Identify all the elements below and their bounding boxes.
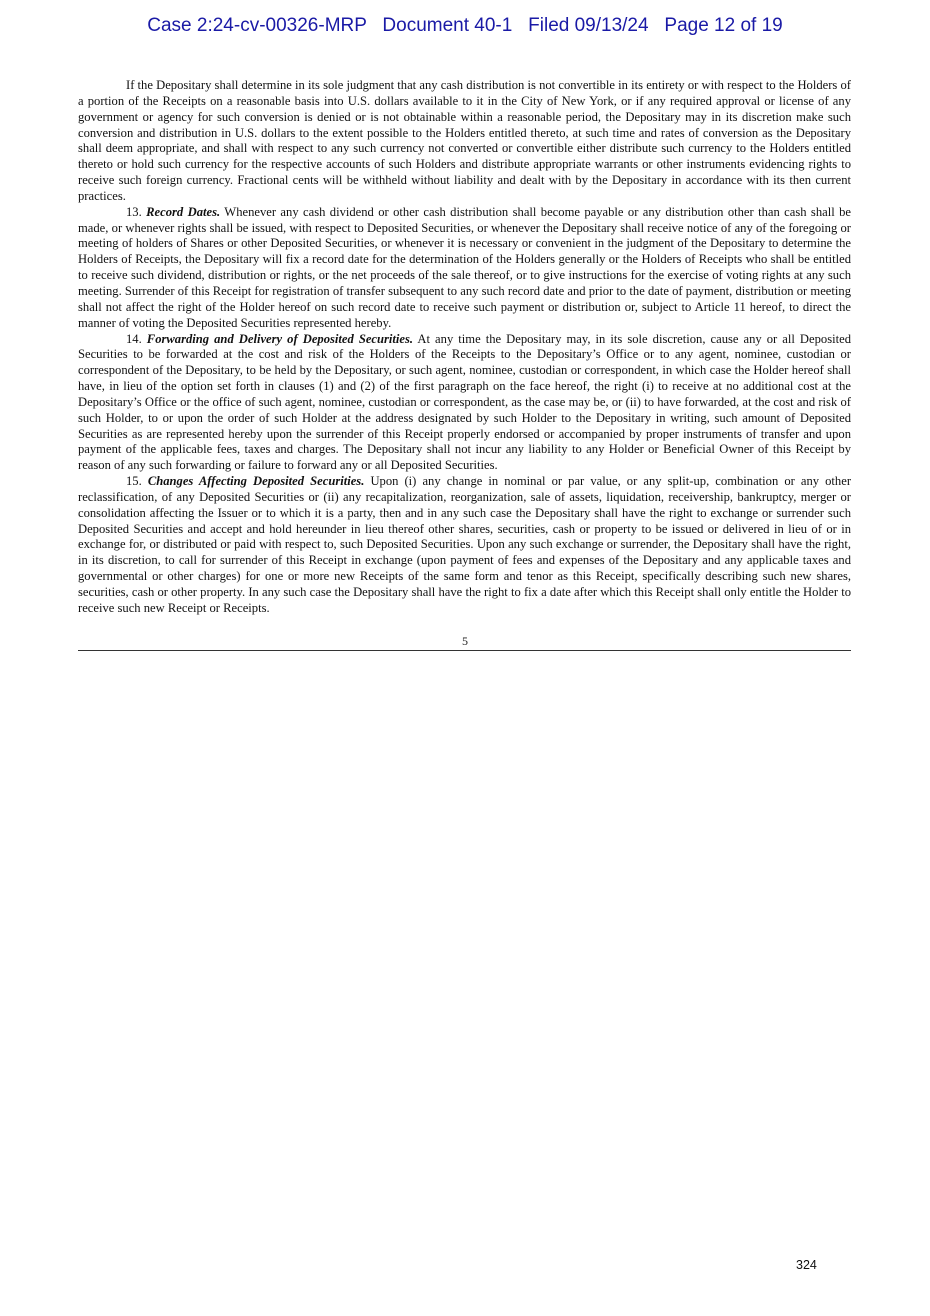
paragraph-number: 14.: [126, 332, 147, 346]
paragraph-currency-conversion: If the Depositary shall determine in its…: [78, 78, 851, 205]
paragraph-number: 15.: [126, 474, 148, 488]
paragraph-text: Whenever any cash dividend or other cash…: [78, 205, 851, 330]
paragraph-text: At any time the Depositary may, in its s…: [78, 332, 851, 473]
document-body: If the Depositary shall determine in its…: [78, 78, 851, 617]
page-number: 5: [0, 634, 930, 649]
paragraph-15-changes-affecting: 15. Changes Affecting Deposited Securiti…: [78, 474, 851, 617]
paragraph-13-record-dates: 13. Record Dates. Whenever any cash divi…: [78, 205, 851, 332]
paragraph-number: 13.: [126, 205, 146, 219]
case-header: Case 2:24-cv-00326-MRP Document 40-1 Fil…: [0, 15, 930, 37]
paragraph-heading: Forwarding and Delivery of Deposited Sec…: [147, 332, 413, 346]
paragraph-text: Upon (i) any change in nominal or par va…: [78, 474, 851, 615]
footer-divider: [78, 650, 851, 651]
paragraph-text: If the Depositary shall determine in its…: [78, 78, 851, 203]
paragraph-heading: Changes Affecting Deposited Securities.: [148, 474, 365, 488]
bates-number: 324: [796, 1258, 817, 1272]
paragraph-heading: Record Dates.: [146, 205, 220, 219]
paragraph-14-forwarding-delivery: 14. Forwarding and Delivery of Deposited…: [78, 332, 851, 475]
